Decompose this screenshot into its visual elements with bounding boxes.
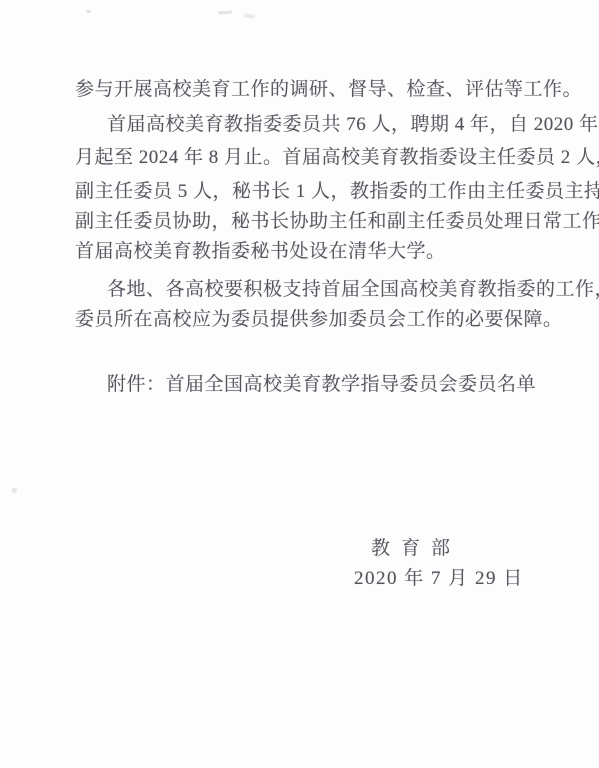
body-line-1: 参与开展高校美育工作的调研、督导、检查、评估等工作。 (75, 78, 585, 102)
issuer-signature: 教育部 (371, 533, 461, 560)
attachment-line: 附件：首届全国高校美育教学指导委员会委员名单 (75, 373, 599, 397)
body-line-3: 月起至 2024 年 8 月止。首届高校美育教指委设主任委员 2 人， (75, 146, 585, 170)
scan-artifact (218, 11, 232, 15)
body-line-7: 各地、各高校要积极支持首届全国高校美育教指委的工作， (75, 278, 599, 302)
issue-date: 2020 年 7 月 29 日 (354, 563, 524, 590)
document-page: 参与开展高校美育工作的调研、督导、检查、评估等工作。 首届高校美育教指委委员共 … (0, 0, 599, 768)
body-line-6: 首届高校美育教指委秘书处设在清华大学。 (75, 240, 585, 264)
scan-artifact (86, 10, 91, 13)
body-line-8: 委员所在高校应为委员提供参加委员会工作的必要保障。 (75, 308, 585, 332)
body-line-5: 副主任委员协助，秘书长协助主任和副主任委员处理日常工作。 (75, 210, 585, 234)
scan-artifact (12, 488, 17, 493)
body-line-2: 首届高校美育教指委委员共 76 人，聘期 4 年，自 2020 年 8 (75, 113, 599, 137)
scan-artifact (244, 13, 255, 18)
body-line-4: 副主任委员 5 人，秘书长 1 人，教指委的工作由主任委员主持， (75, 180, 585, 204)
